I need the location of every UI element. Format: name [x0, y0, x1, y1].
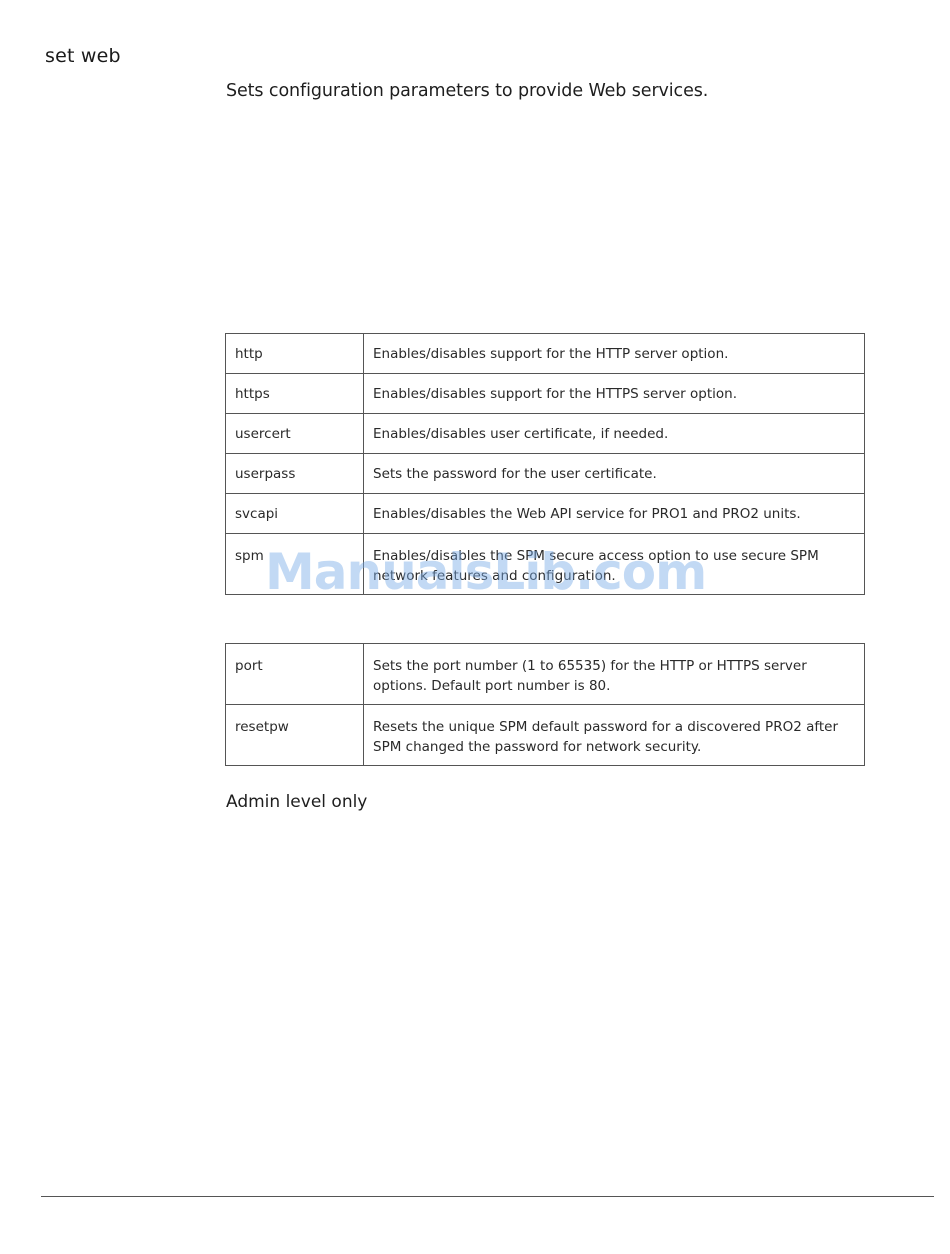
param-description: Sets the password for the user certifica…	[364, 454, 865, 494]
option-description: Sets the port number (1 to 65535) for th…	[364, 644, 865, 705]
param-description: Enables/disables the SPM secure access o…	[364, 534, 865, 595]
param-name: spm	[226, 534, 364, 595]
param-description: Enables/disables support for the HTTP se…	[364, 334, 865, 374]
footer-divider	[41, 1196, 934, 1197]
param-name: svcapi	[226, 494, 364, 534]
command-title: set web	[45, 45, 121, 67]
table-row: http Enables/disables support for the HT…	[226, 334, 865, 374]
options-table: port Sets the port number (1 to 65535) f…	[225, 643, 865, 766]
option-name: port	[226, 644, 364, 705]
option-name: resetpw	[226, 705, 364, 766]
option-description: Resets the unique SPM default password f…	[364, 705, 865, 766]
param-description: Enables/disables the Web API service for…	[364, 494, 865, 534]
param-name: http	[226, 334, 364, 374]
access-level-note: Admin level only	[226, 792, 367, 812]
table-row: usercert Enables/disables user certifica…	[226, 414, 865, 454]
table-row: userpass Sets the password for the user …	[226, 454, 865, 494]
table-row: svcapi Enables/disables the Web API serv…	[226, 494, 865, 534]
param-name: userpass	[226, 454, 364, 494]
param-name: usercert	[226, 414, 364, 454]
param-description: Enables/disables support for the HTTPS s…	[364, 374, 865, 414]
parameters-table: http Enables/disables support for the HT…	[225, 333, 865, 595]
table-row: resetpw Resets the unique SPM default pa…	[226, 705, 865, 766]
table-row: spm Enables/disables the SPM secure acce…	[226, 534, 865, 595]
table-row: https Enables/disables support for the H…	[226, 374, 865, 414]
param-description: Enables/disables user certificate, if ne…	[364, 414, 865, 454]
table-row: port Sets the port number (1 to 65535) f…	[226, 644, 865, 705]
command-description: Sets configuration parameters to provide…	[226, 81, 708, 101]
param-name: https	[226, 374, 364, 414]
